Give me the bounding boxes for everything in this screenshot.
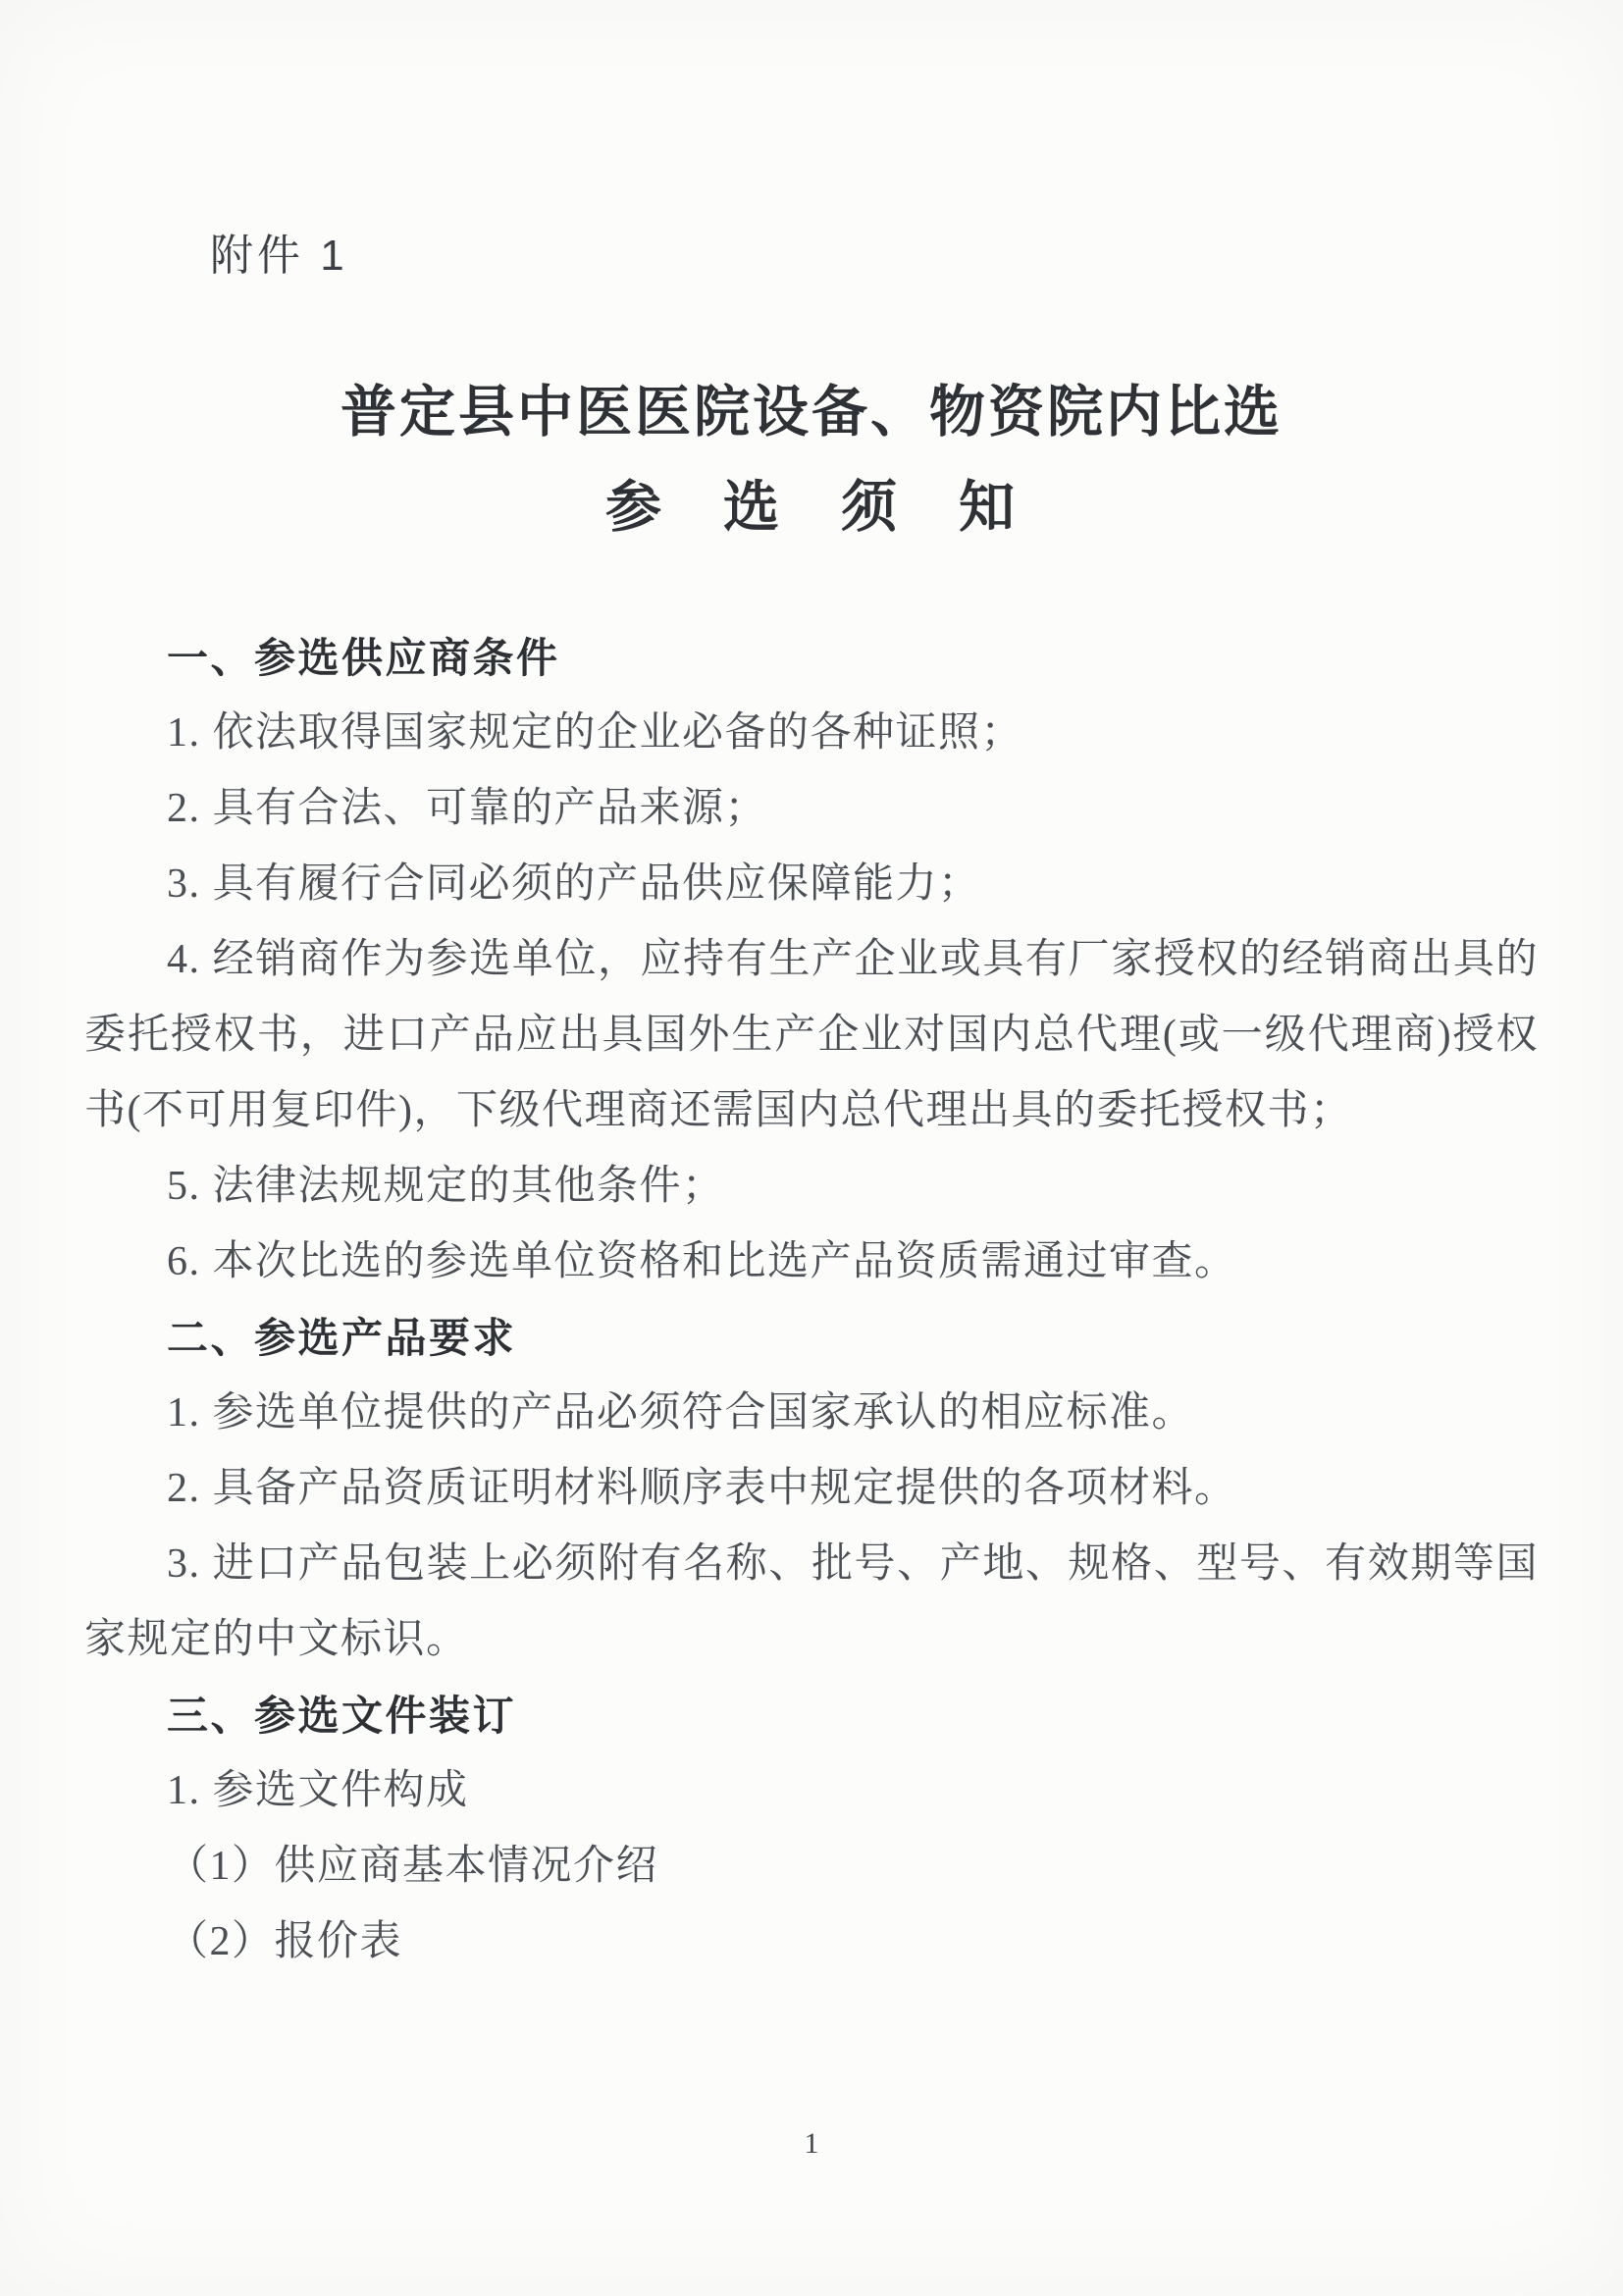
section-3-item-2: （1）供应商基本情况介绍 bbox=[84, 1829, 1539, 1905]
section-1-item-4: 4. 经销商作为参选单位，应持有生产企业或具有厂家授权的经销商出具的委托授权书，… bbox=[84, 922, 1539, 1149]
section-3-item-3: （2）报价表 bbox=[84, 1905, 1539, 1980]
section-3-heading: 三、参选文件装订 bbox=[84, 1678, 1539, 1753]
section-1-item-3: 3. 具有履行合同必须的产品供应保障能力； bbox=[84, 847, 1539, 922]
document-title-line-2: 参 选 须 知 bbox=[0, 460, 1623, 555]
document-page: 附件 1 普定县中医医院设备、物资院内比选 参 选 须 知 一、参选供应商条件 … bbox=[0, 0, 1623, 2296]
section-3-item-1: 1. 参选文件构成 bbox=[84, 1753, 1539, 1829]
section-1-heading: 一、参选供应商条件 bbox=[84, 620, 1539, 696]
document-body: 一、参选供应商条件 1. 依法取得国家规定的企业必备的各种证照； 2. 具有合法… bbox=[84, 620, 1539, 1980]
section-2-item-2: 2. 具备产品资质证明材料顺序表中规定提供的各项材料。 bbox=[84, 1451, 1539, 1527]
document-title-line-1: 普定县中医医院设备、物资院内比选 bbox=[0, 365, 1623, 460]
attachment-label: 附件 1 bbox=[210, 220, 348, 283]
section-1-item-2: 2. 具有合法、可靠的产品来源； bbox=[84, 771, 1539, 847]
section-2-item-3: 3. 进口产品包装上必须附有名称、批号、产地、规格、型号、有效期等国家规定的中文… bbox=[84, 1527, 1539, 1678]
section-2-item-1: 1. 参选单位提供的产品必须符合国家承认的相应标准。 bbox=[84, 1376, 1539, 1451]
page-number: 1 bbox=[0, 2127, 1623, 2161]
section-1-item-1: 1. 依法取得国家规定的企业必备的各种证照； bbox=[84, 696, 1539, 771]
document-title: 普定县中医医院设备、物资院内比选 参 选 须 知 bbox=[0, 365, 1623, 555]
section-2-heading: 二、参选产品要求 bbox=[84, 1300, 1539, 1376]
section-1-item-6: 6. 本次比选的参选单位资格和比选产品资质需通过审查。 bbox=[84, 1225, 1539, 1300]
section-1-item-5: 5. 法律法规规定的其他条件； bbox=[84, 1149, 1539, 1225]
